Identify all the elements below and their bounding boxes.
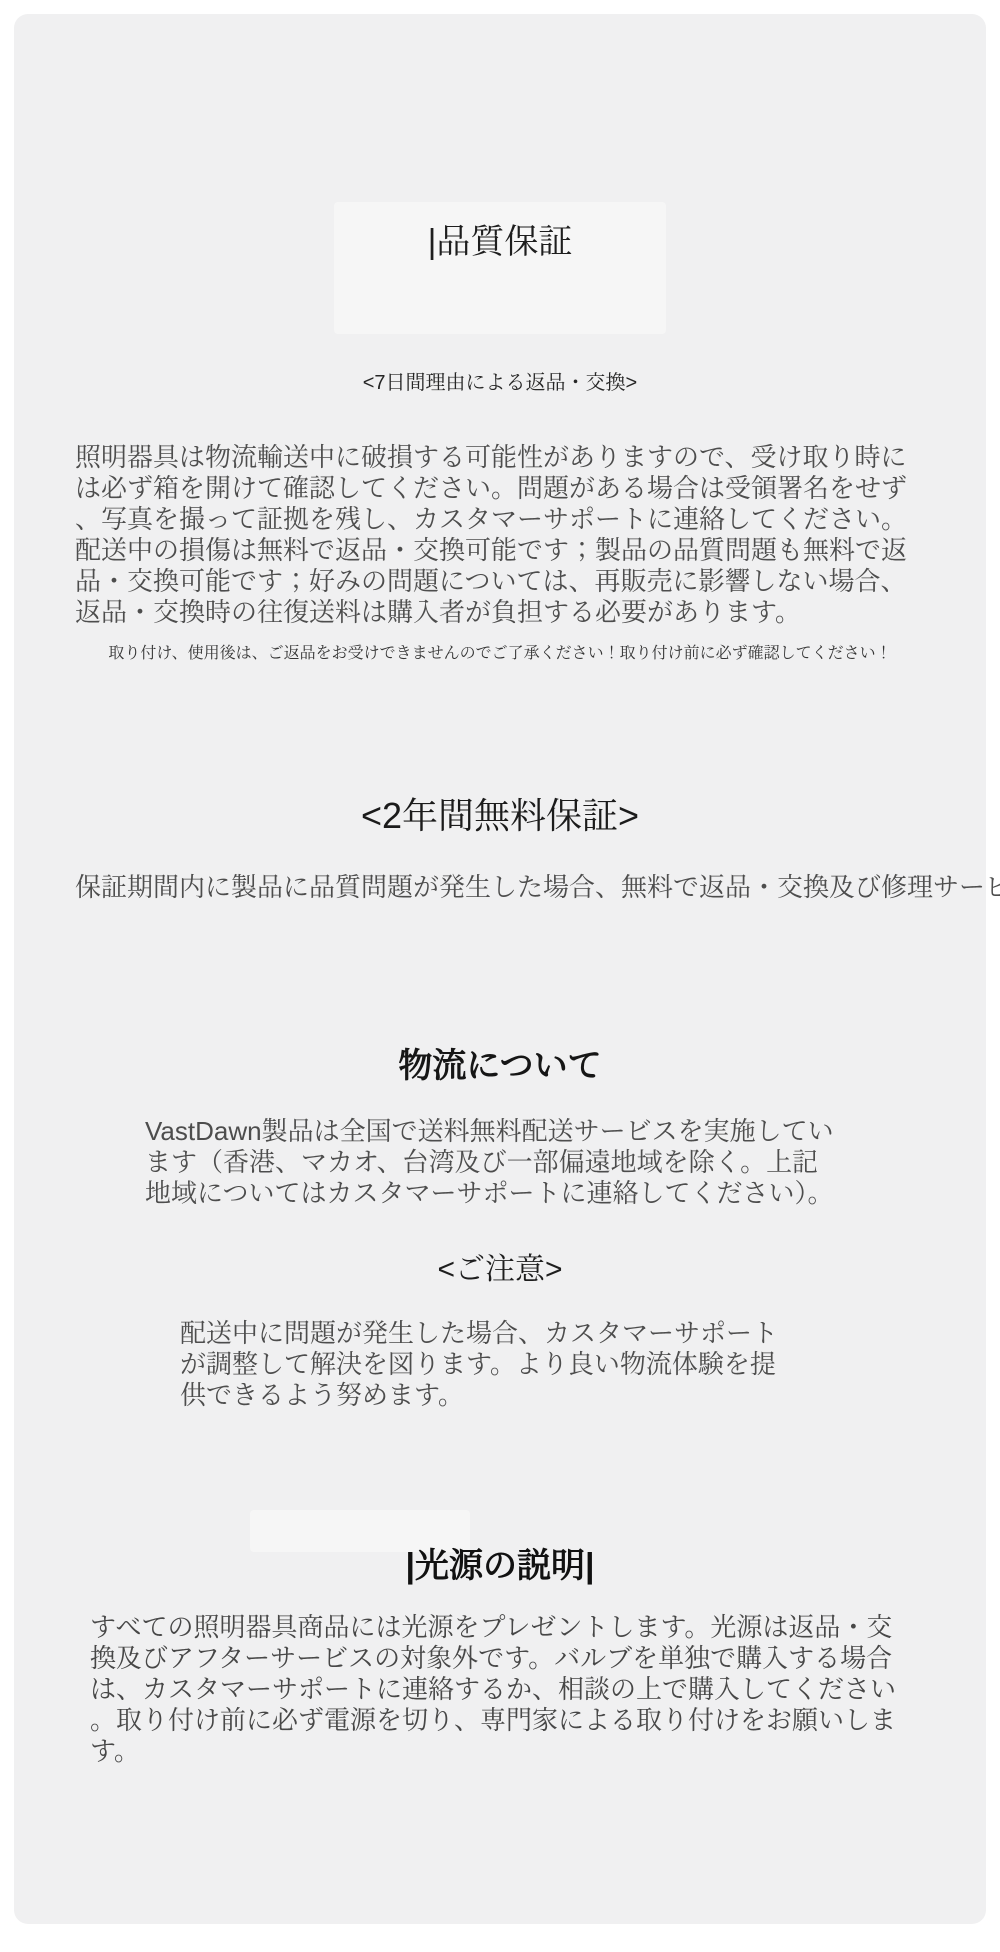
product-info-card: |品質保証 <7日間理由による返品・交換> 照明器具は物流輸送中に破損する可能性… xyxy=(14,14,986,1924)
light-source-body: すべての照明器具商品には光源をプレゼントします。光源は返品・交 換及びアフターサ… xyxy=(90,1612,896,1767)
installation-return-note: 取り付け、使用後は、ご返品をお受けできませんのでご了承ください！取り付け前に必ず… xyxy=(14,644,986,664)
light-source-title: |光源の説明| xyxy=(14,1538,986,1587)
logistics-body: VastDawn製品は全国で送料無料配送サービスを実施してい ます（香港、マカオ… xyxy=(145,1116,834,1209)
logistics-title: 物流について xyxy=(14,1038,986,1087)
quality-guarantee-title: |品質保証 xyxy=(14,214,986,263)
notice-body: 配送中に問題が発生した場合、カスタマーサポート が調整して解決を図ります。より良… xyxy=(180,1318,778,1411)
warranty-body: 保証期間内に製品に品質問題が発生した場合、無料で返品・交換及び修理サービスを xyxy=(75,872,1000,903)
quality-guarantee-body: 照明器具は物流輸送中に破損する可能性がありますので、受け取り時に は必ず箱を開け… xyxy=(75,442,907,628)
two-year-warranty-title: <2年間無料保証> xyxy=(14,788,986,839)
seven-day-return-subtitle: <7日間理由による返品・交換> xyxy=(14,366,986,395)
notice-title: <ご注意> xyxy=(14,1244,986,1288)
